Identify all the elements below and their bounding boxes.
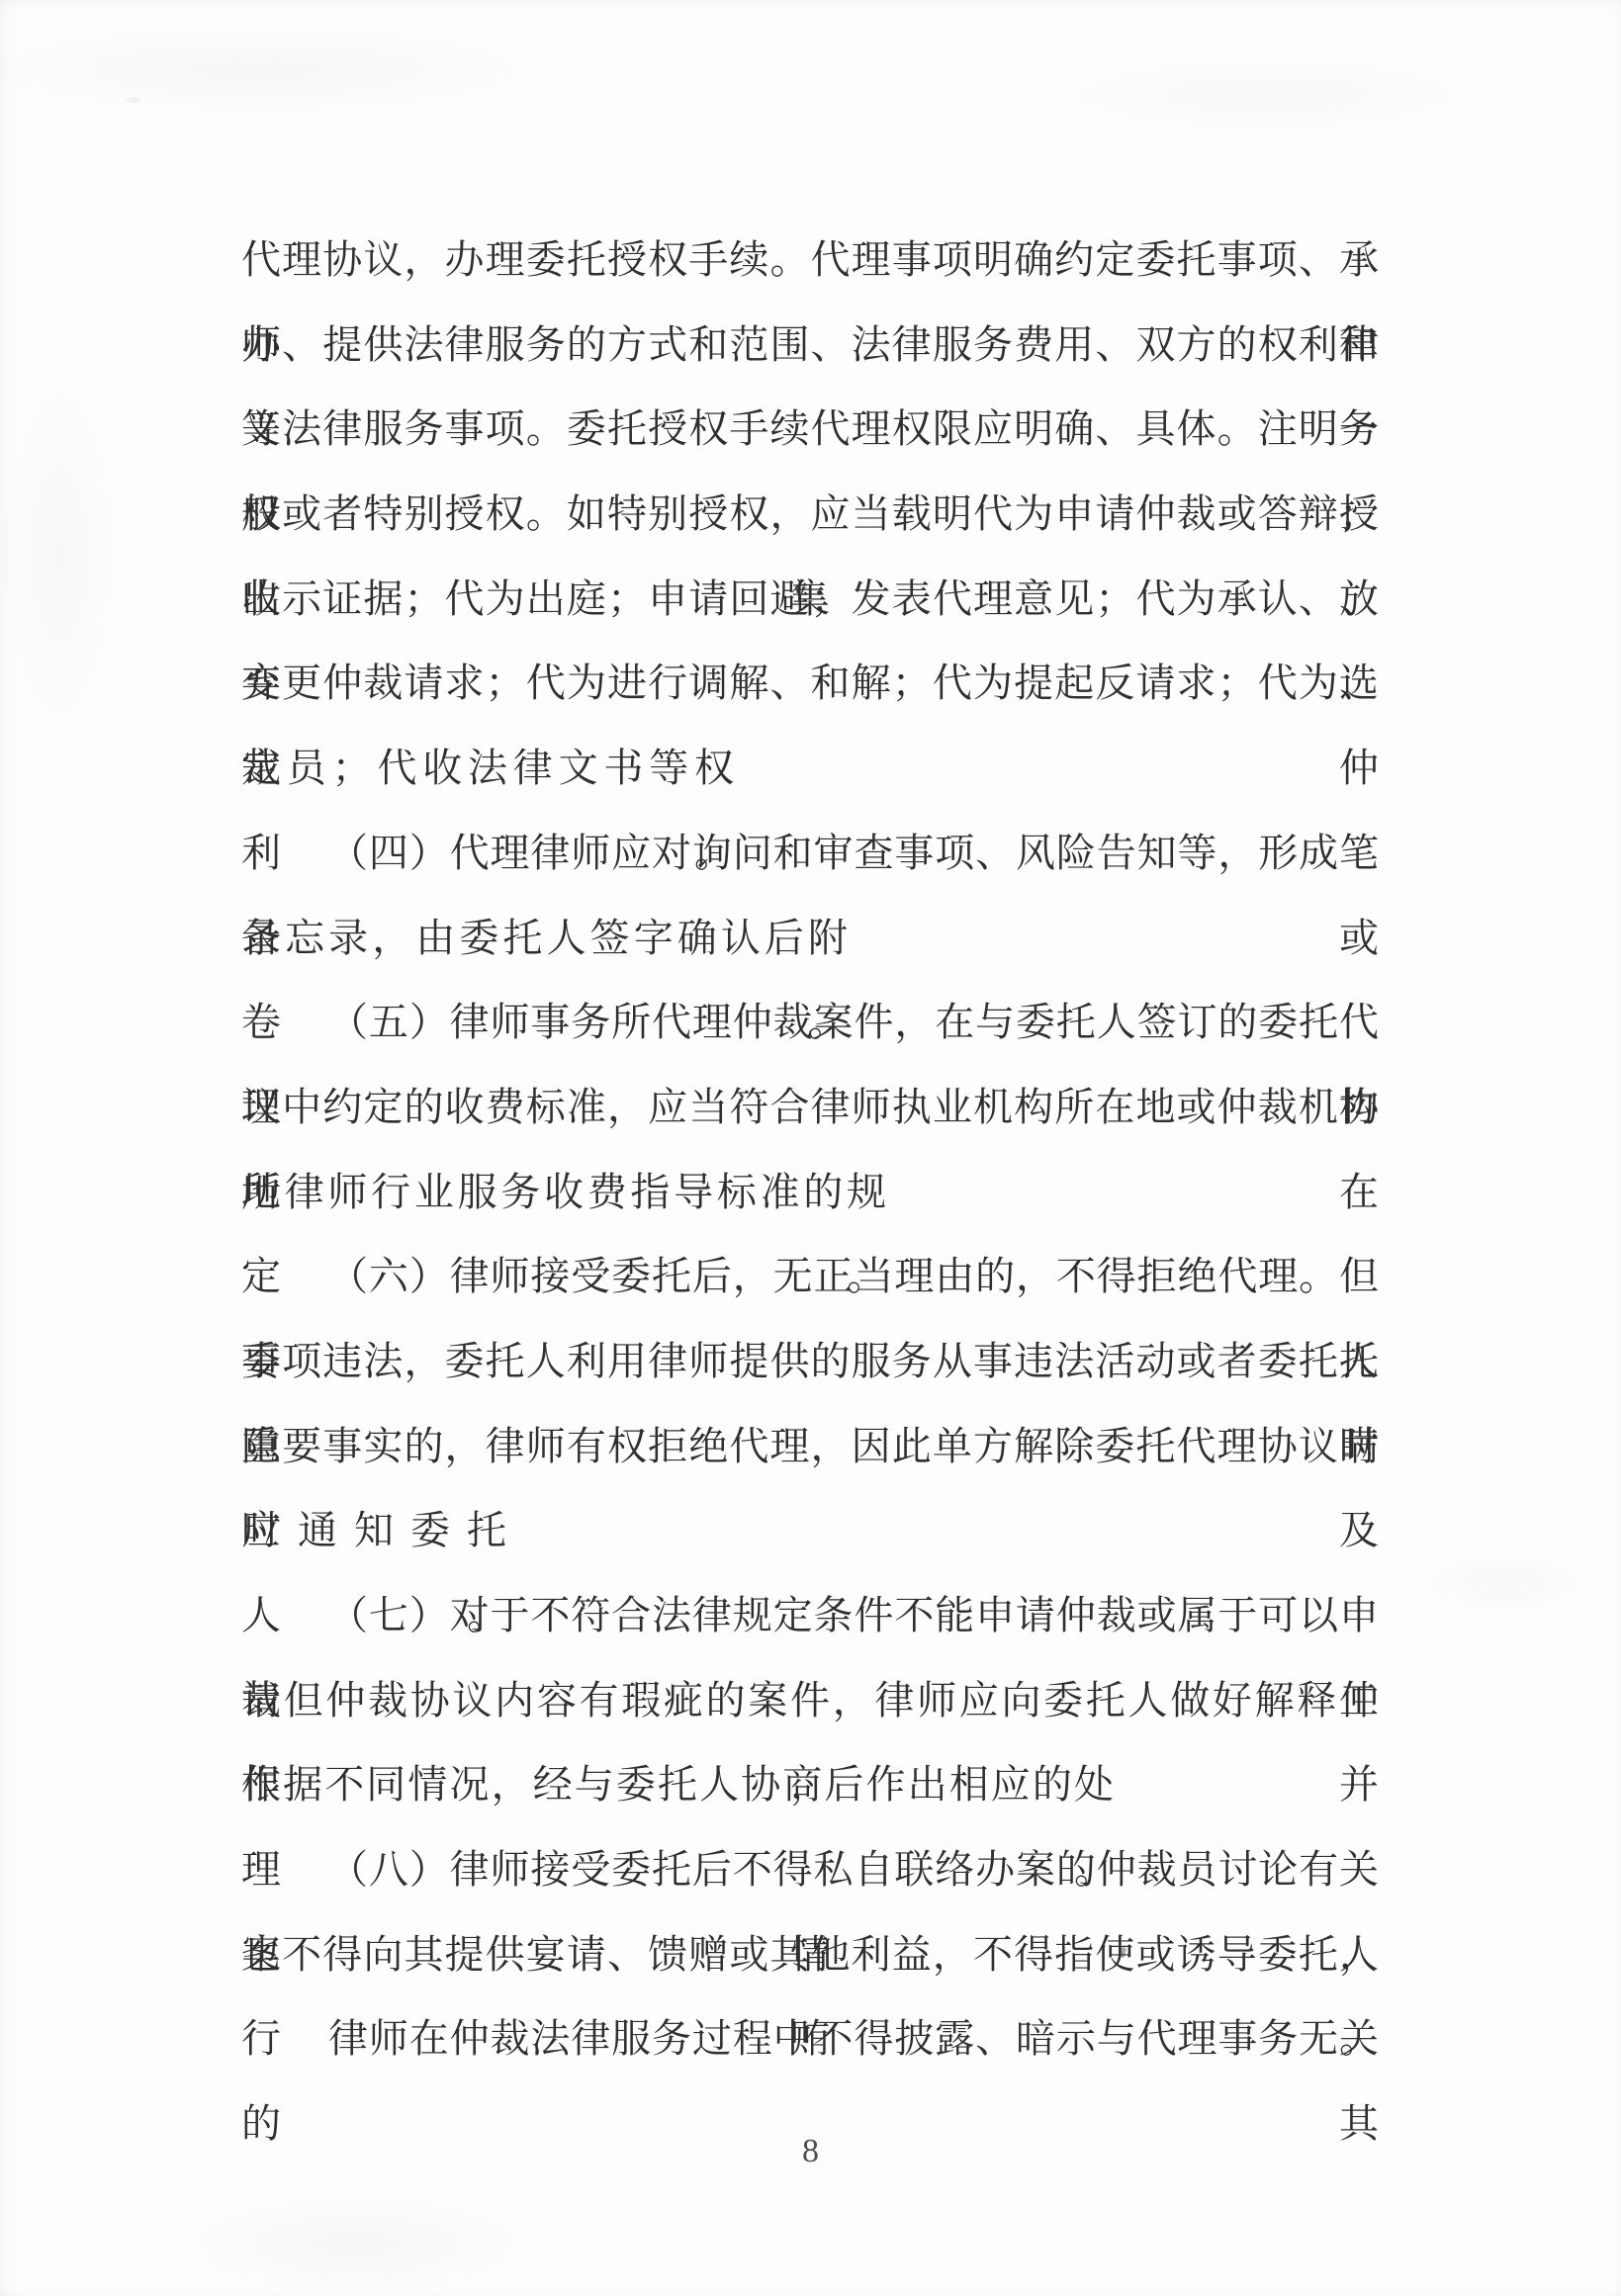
text-line: 重要事实的，律师有权拒绝代理，因此单方解除委托代理协议时应及 (241, 1404, 1379, 1489)
text-line: （七）对于不符合法律规定条件不能申请仲裁或属于可以申请仲 (241, 1573, 1379, 1658)
text-line: 变更仲裁请求；代为进行调解、和解；代为提起反请求；代为选定仲 (241, 641, 1379, 726)
text-line: 裁员；代收法律文书等权利。 (241, 726, 734, 811)
text-line: 也不得向其提供宴请、馈赠或其他利益，不得指使或诱导委托人行贿。 (241, 1912, 1379, 1997)
text-line: 代理协议，办理委托授权手续。代理事项明确约定委托事项、承办律 (241, 218, 1379, 303)
text-line: 地律师行业服务收费指导标准的规定。 (241, 1150, 886, 1235)
text-line: 律师在仲裁法律服务过程中不得披露、暗示与代理事务无关的其 (241, 1996, 1379, 2081)
text-line: （五）律师事务所代理仲裁案件，在与委托人签订的委托代理协 (241, 980, 1379, 1065)
text-line: 根据不同情况，经与委托人协商后作出相应的处理。 (241, 1742, 1114, 1827)
text-line: 事项违法，委托人利用律师提供的服务从事违法活动或者委托人隐瞒 (241, 1319, 1379, 1404)
text-line: 备忘录，由委托人签字确认后附卷。 (241, 896, 848, 981)
text-line: 师、提供法律服务的方式和范围、法律服务费用、双方的权利和义务 (241, 303, 1379, 388)
text-line: 等法律服务事项。委托授权手续代理权限应明确、具体。注明一般授 (241, 387, 1379, 472)
text-line: 出示证据；代为出庭；申请回避；发表代理意见；代为承认、放弃、 (241, 557, 1379, 642)
text-line: （四）代理律师应对询问和审查事项、风险告知等，形成笔录或 (241, 811, 1379, 896)
page-number: 8 (0, 2132, 1621, 2172)
text-line: （六）律师接受委托后，无正当理由的，不得拒绝代理。但委托 (241, 1234, 1379, 1319)
document-page: 代理协议，办理委托授权手续。代理事项明确约定委托事项、承办律 师、提供法律服务的… (0, 0, 1621, 2296)
text-line: 议中约定的收费标准，应当符合律师执业机构所在地或仲裁机构所在 (241, 1065, 1379, 1150)
page-body: 代理协议，办理委托授权手续。代理事项明确约定委托事项、承办律 师、提供法律服务的… (241, 218, 1379, 2081)
text-line: 裁但仲裁协议内容有瑕疵的案件，律师应向委托人做好解释工作，并 (241, 1658, 1379, 1743)
text-line: （八）律师接受委托后不得私自联络办案的仲裁员讨论有关案情， (241, 1827, 1379, 1912)
text-line: 时通知委托人。 (241, 1488, 506, 1573)
text-line: 权或者特别授权。如特别授权，应当载明代为申请仲裁或答辩；收集、 (241, 472, 1379, 557)
scan-artifact (127, 97, 140, 103)
